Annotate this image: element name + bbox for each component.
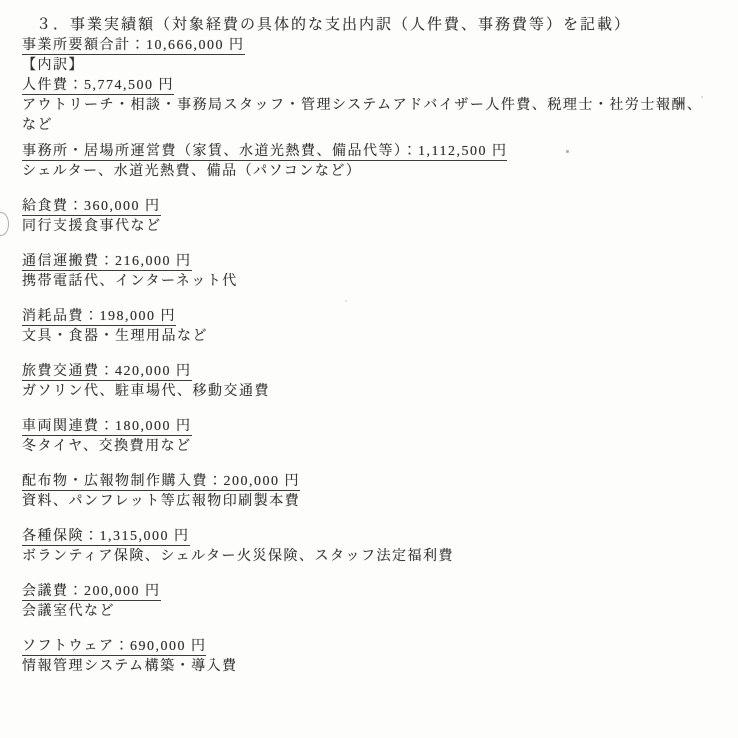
expense-description: 携帯電話代、インターネット代 bbox=[22, 272, 714, 292]
expense-title-text: 事務所・居場所運営費（家賃、水道光熱費、備品代等）：1,112,500 円 bbox=[22, 144, 507, 161]
scan-speck bbox=[701, 96, 703, 98]
expense-title-text: 給食費：360,000 円 bbox=[22, 199, 161, 216]
scan-speck bbox=[566, 150, 569, 153]
expense-description: 同行支援食事代など bbox=[22, 217, 714, 237]
expense-title-text: 各種保険：1,315,000 円 bbox=[22, 529, 190, 546]
expense-item-insurance: 各種保険：1,315,000 円 ボランティア保険、シェルター火災保険、スタッフ… bbox=[22, 527, 718, 567]
expense-item-travel: 旅費交通費：420,000 円 ガソリン代、駐車場代、移動交通費 bbox=[22, 362, 718, 402]
expense-title-text: 配布物・広報物制作購入費：200,000 円 bbox=[22, 474, 300, 491]
scan-punch-mark bbox=[0, 212, 9, 236]
breakdown-label: 【内訳】 bbox=[22, 56, 718, 76]
expense-title-text: 旅費交通費：420,000 円 bbox=[22, 364, 192, 381]
expense-title: 通信運搬費：216,000 円 bbox=[22, 252, 718, 272]
section-heading: ３．事業実績額（対象経費の具体的な支出内訳（人件費、事務費等）を記載） bbox=[22, 15, 718, 36]
total-amount-text: 事業所要額合計：10,666,000 円 bbox=[22, 38, 245, 55]
total-amount-line: 事業所要額合計：10,666,000 円 bbox=[22, 36, 718, 56]
expense-description: 文具・食器・生理用品など bbox=[22, 327, 714, 347]
expense-description: 会議室代など bbox=[22, 602, 714, 622]
expense-item-meetings: 会議費：200,000 円 会議室代など bbox=[22, 582, 718, 622]
expense-item-software: ソフトウェア：690,000 円 情報管理システム構築・導入費 bbox=[22, 637, 718, 677]
expense-description: シェルター、水道光熱費、備品（パソコンなど） bbox=[22, 162, 714, 182]
expense-title-text: 通信運搬費：216,000 円 bbox=[22, 254, 192, 271]
expense-title: 各種保険：1,315,000 円 bbox=[22, 527, 718, 547]
expense-title: 人件費：5,774,500 円 bbox=[22, 76, 718, 96]
expense-item-meals: 給食費：360,000 円 同行支援食事代など bbox=[22, 197, 718, 237]
expense-description: アウトリーチ・相談・事務局スタッフ・管理システムアドバイザー人件費、税理士・社労… bbox=[22, 96, 714, 136]
expense-title: 車両関連費：180,000 円 bbox=[22, 417, 718, 437]
scan-speck bbox=[345, 300, 347, 302]
expense-title: 会議費：200,000 円 bbox=[22, 582, 718, 602]
expense-item-personnel: 人件費：5,774,500 円 アウトリーチ・相談・事務局スタッフ・管理システム… bbox=[22, 76, 718, 136]
expense-title: 旅費交通費：420,000 円 bbox=[22, 362, 718, 382]
expense-list: 人件費：5,774,500 円 アウトリーチ・相談・事務局スタッフ・管理システム… bbox=[22, 76, 718, 677]
expense-description: ボランティア保険、シェルター火災保険、スタッフ法定福利費 bbox=[22, 547, 714, 567]
expense-title: ソフトウェア：690,000 円 bbox=[22, 637, 718, 657]
expense-title: 配布物・広報物制作購入費：200,000 円 bbox=[22, 472, 718, 492]
expense-title-text: 消耗品費：198,000 円 bbox=[22, 309, 176, 326]
expense-title-text: ソフトウェア：690,000 円 bbox=[22, 639, 206, 656]
expense-item-vehicle: 車両関連費：180,000 円 冬タイヤ、交換費用など bbox=[22, 417, 718, 457]
expense-item-publicity: 配布物・広報物制作購入費：200,000 円 資料、パンフレット等広報物印刷製本… bbox=[22, 472, 718, 512]
expense-description: ガソリン代、駐車場代、移動交通費 bbox=[22, 382, 714, 402]
expense-title-text: 会議費：200,000 円 bbox=[22, 584, 161, 601]
expense-description: 資料、パンフレット等広報物印刷製本費 bbox=[22, 492, 714, 512]
expense-title-text: 人件費：5,774,500 円 bbox=[22, 78, 174, 95]
expense-title-text: 車両関連費：180,000 円 bbox=[22, 419, 192, 436]
expense-description: 冬タイヤ、交換費用など bbox=[22, 437, 714, 457]
expense-item-communication: 通信運搬費：216,000 円 携帯電話代、インターネット代 bbox=[22, 252, 718, 292]
expense-title: 給食費：360,000 円 bbox=[22, 197, 718, 217]
expense-item-office: 事務所・居場所運営費（家賃、水道光熱費、備品代等）：1,112,500 円 シェ… bbox=[22, 142, 718, 182]
expense-title: 事務所・居場所運営費（家賃、水道光熱費、備品代等）：1,112,500 円 bbox=[22, 142, 718, 162]
expense-description: 情報管理システム構築・導入費 bbox=[22, 657, 714, 677]
expense-item-consumables: 消耗品費：198,000 円 文具・食器・生理用品など bbox=[22, 307, 718, 347]
expense-title: 消耗品費：198,000 円 bbox=[22, 307, 718, 327]
scanned-document-page: ３．事業実績額（対象経費の具体的な支出内訳（人件費、事務費等）を記載） 事業所要… bbox=[0, 0, 738, 738]
